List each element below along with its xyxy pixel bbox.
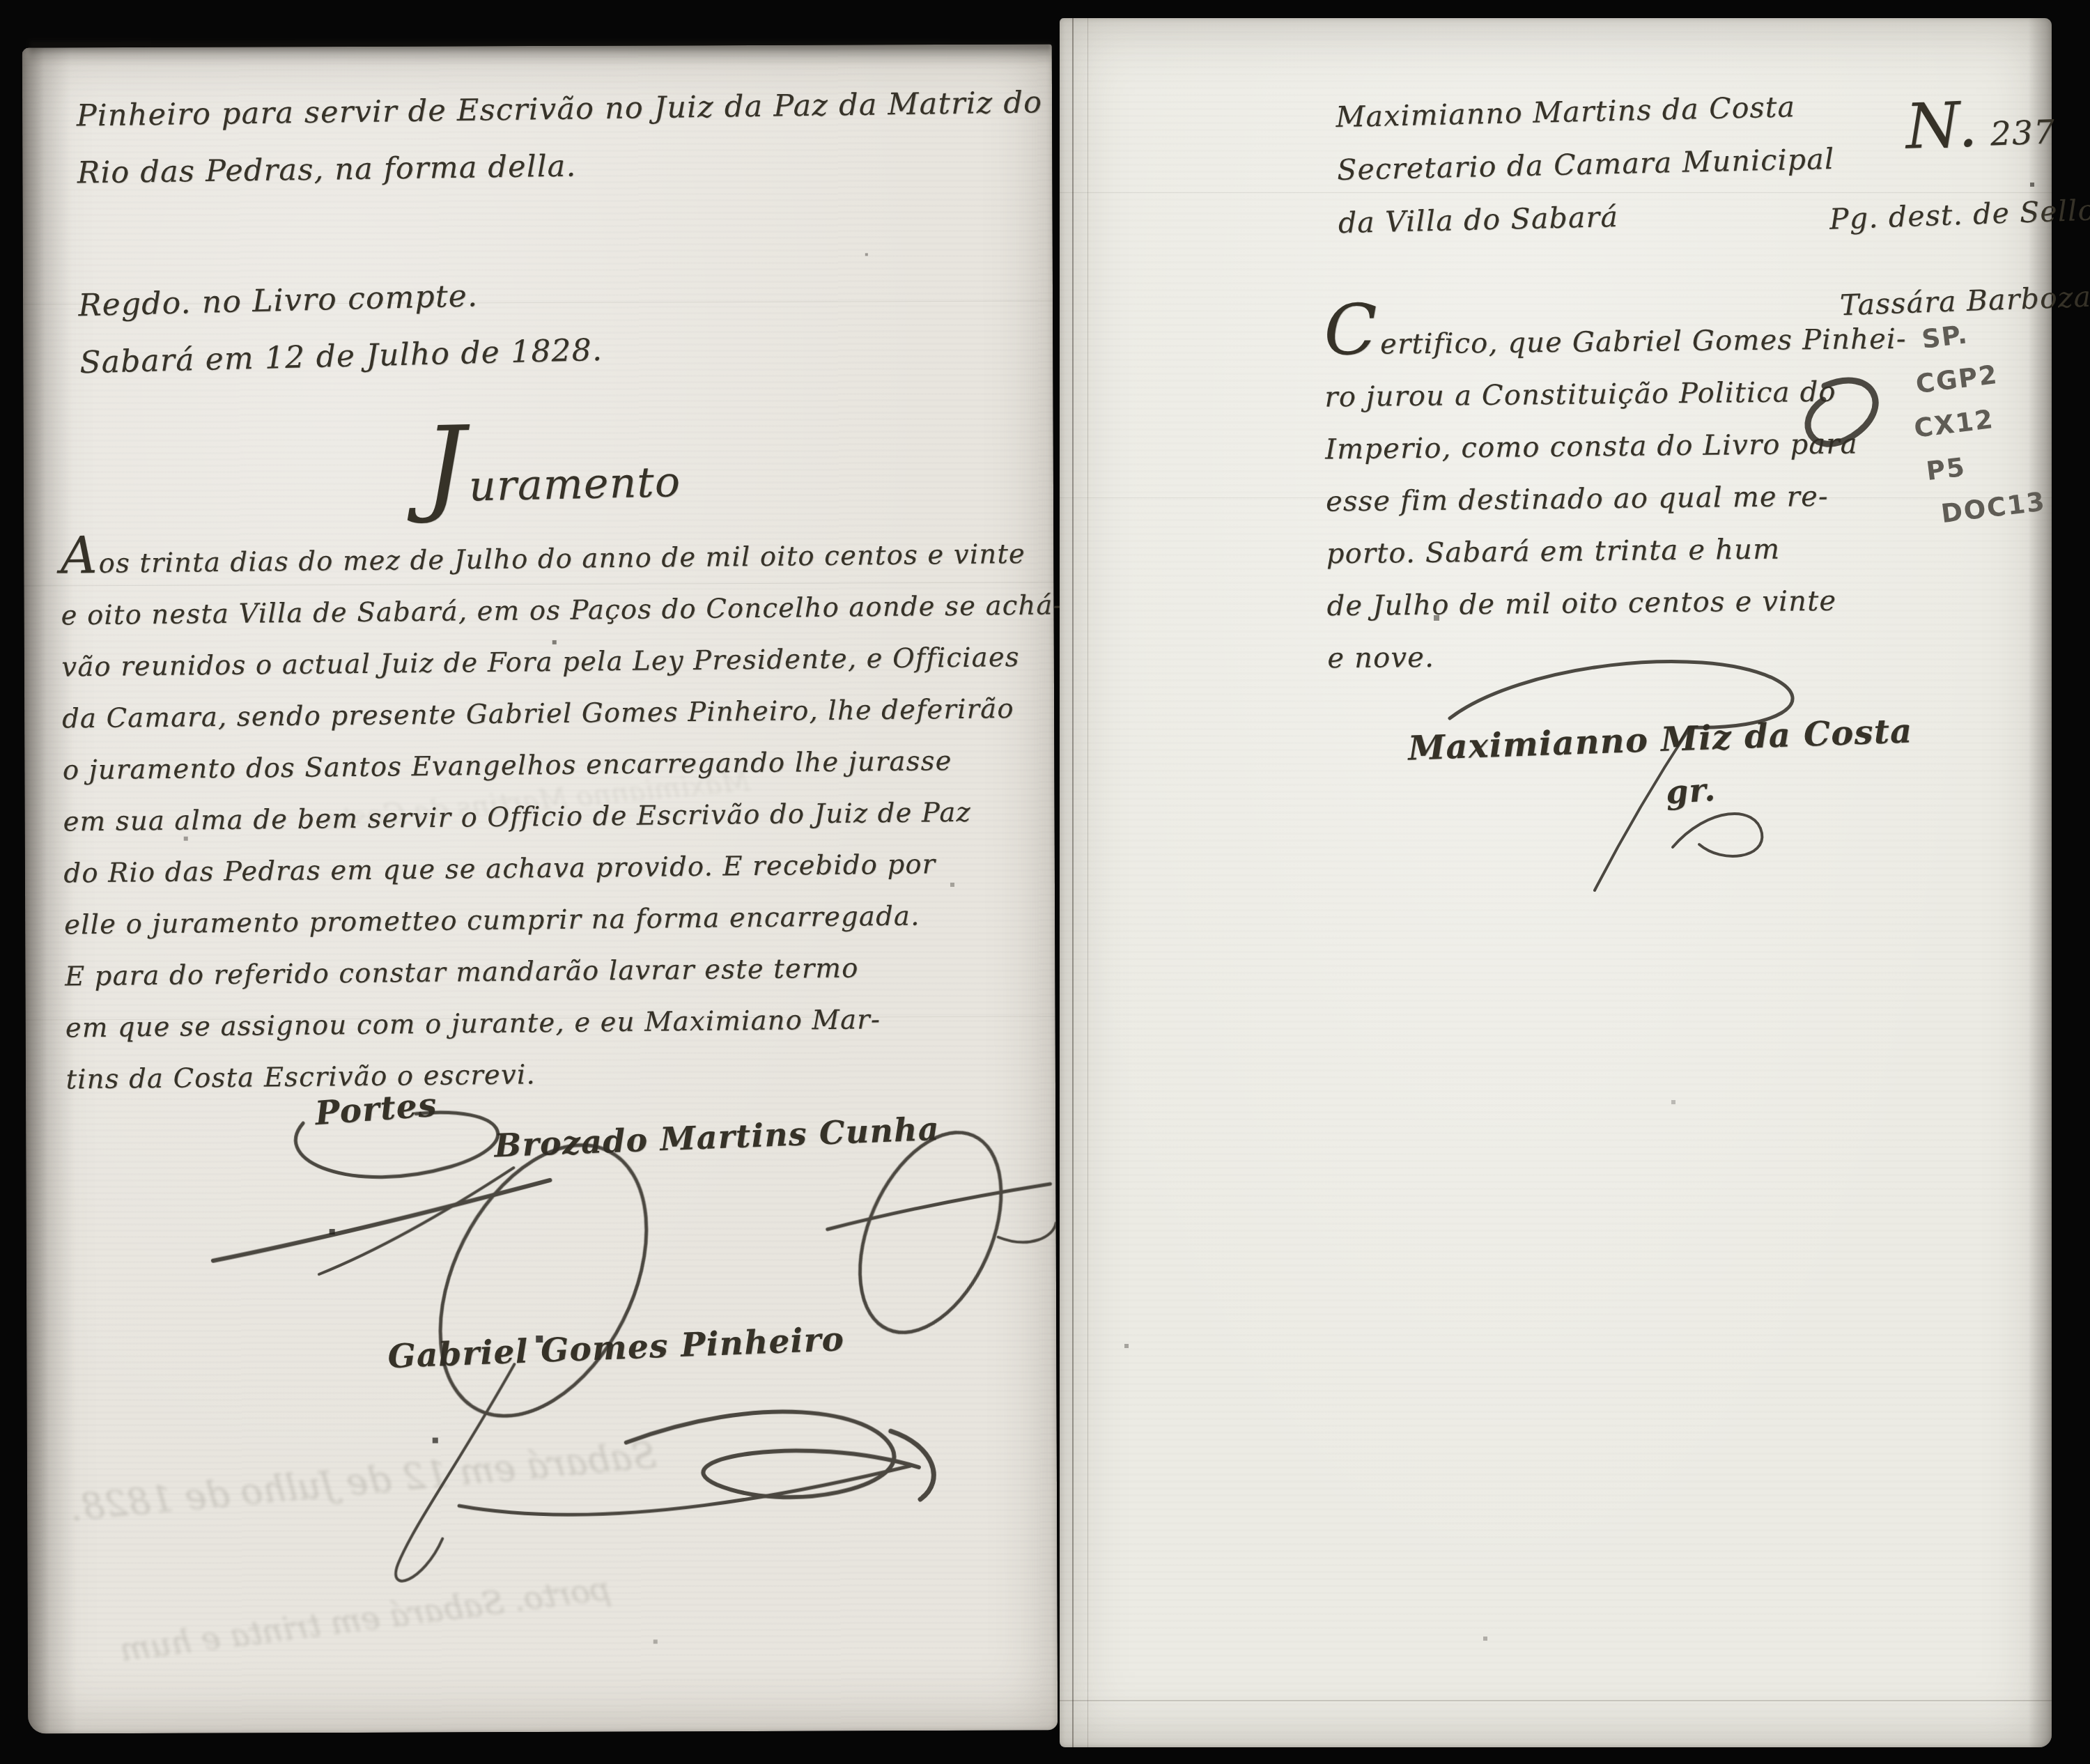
heading-line: da Villa do Sabará — [1338, 185, 1836, 249]
gutter-fold-line — [1072, 18, 1074, 1747]
dust-specks — [1060, 18, 1061, 20]
body-line: e nove. — [1327, 627, 1910, 686]
body-line: esse fim destinado ao qual me re- — [1326, 470, 1909, 529]
body-line: Imperio, como consta do Livro para — [1325, 418, 1908, 477]
signature-maximianno-costa: Maximianno Miz da Costa — [1407, 711, 1913, 768]
body-line: Certifico, que Gabriel Gomes Pinhei- — [1324, 314, 1907, 372]
body-line: porto. Sabará em trinta e hum — [1326, 523, 1909, 581]
right-page-edge-shadow — [2028, 18, 2052, 1747]
signature-portes: Portes — [313, 1085, 438, 1133]
section-title: Juramento — [424, 458, 681, 512]
gutter-fold-line — [1087, 18, 1088, 1747]
bleedthrough-text: Sabará em 12 de Julho de 1828. — [68, 1434, 658, 1529]
bottom-fold-crease — [1060, 1700, 2052, 1701]
oath-body-text: Aos trinta dias do mez de Julho do anno … — [60, 528, 1068, 1106]
heading-line: Secretario da Camara Municipal — [1336, 132, 1835, 196]
right-page: Maximianno Martins da Costa Secretario d… — [1060, 18, 2052, 1747]
ink-specks — [22, 48, 24, 49]
body-line: ro jurou a Constituição Politica do — [1324, 366, 1907, 424]
bleedthrough-text: porto. Sabará em trinta e hum — [118, 1570, 612, 1669]
left-page-top-smudge — [29, 41, 1052, 65]
signature-gabriel-gomes-pinheiro: Gabriel Gomes Pinheiro — [387, 1320, 845, 1376]
registry-note: Regdo. no Livro compte. Sabará em 12 de … — [77, 265, 603, 392]
registry-line: Sabará em 12 de Julho de 1828. — [79, 322, 603, 392]
document-number: N. 237 — [1905, 113, 2056, 156]
signature-suffix: gr. — [1664, 771, 1717, 812]
body-line: elle o juramento prometteo cumprir na fo… — [64, 889, 1067, 951]
body-line: tins da Costa Escrivão o escrevi. — [65, 1044, 1068, 1106]
manuscript-scan: Pinheiro para servir de Escrivão no Juiz… — [0, 0, 2090, 1764]
archival-pencil-codes: SP. CGP2 CX12 P5 DOC13 — [1920, 307, 2048, 534]
body-line: de Julho de mil oito centos e vinte — [1326, 575, 1910, 633]
certificate-body-text: Certifico, que Gabriel Gomes Pinhei- ro … — [1324, 314, 1910, 686]
certifier-heading: Maximianno Martins da Costa Secretario d… — [1336, 79, 1836, 249]
left-page: Pinheiro para servir de Escrivão no Juiz… — [22, 44, 1058, 1733]
docket-note: Pinheiro para servir de Escrivão no Juiz… — [76, 74, 1044, 201]
ink-flourishes — [1060, 18, 2052, 1747]
signature-brozado-martins-cunha: Brozado Martins Cunha — [493, 1110, 940, 1165]
